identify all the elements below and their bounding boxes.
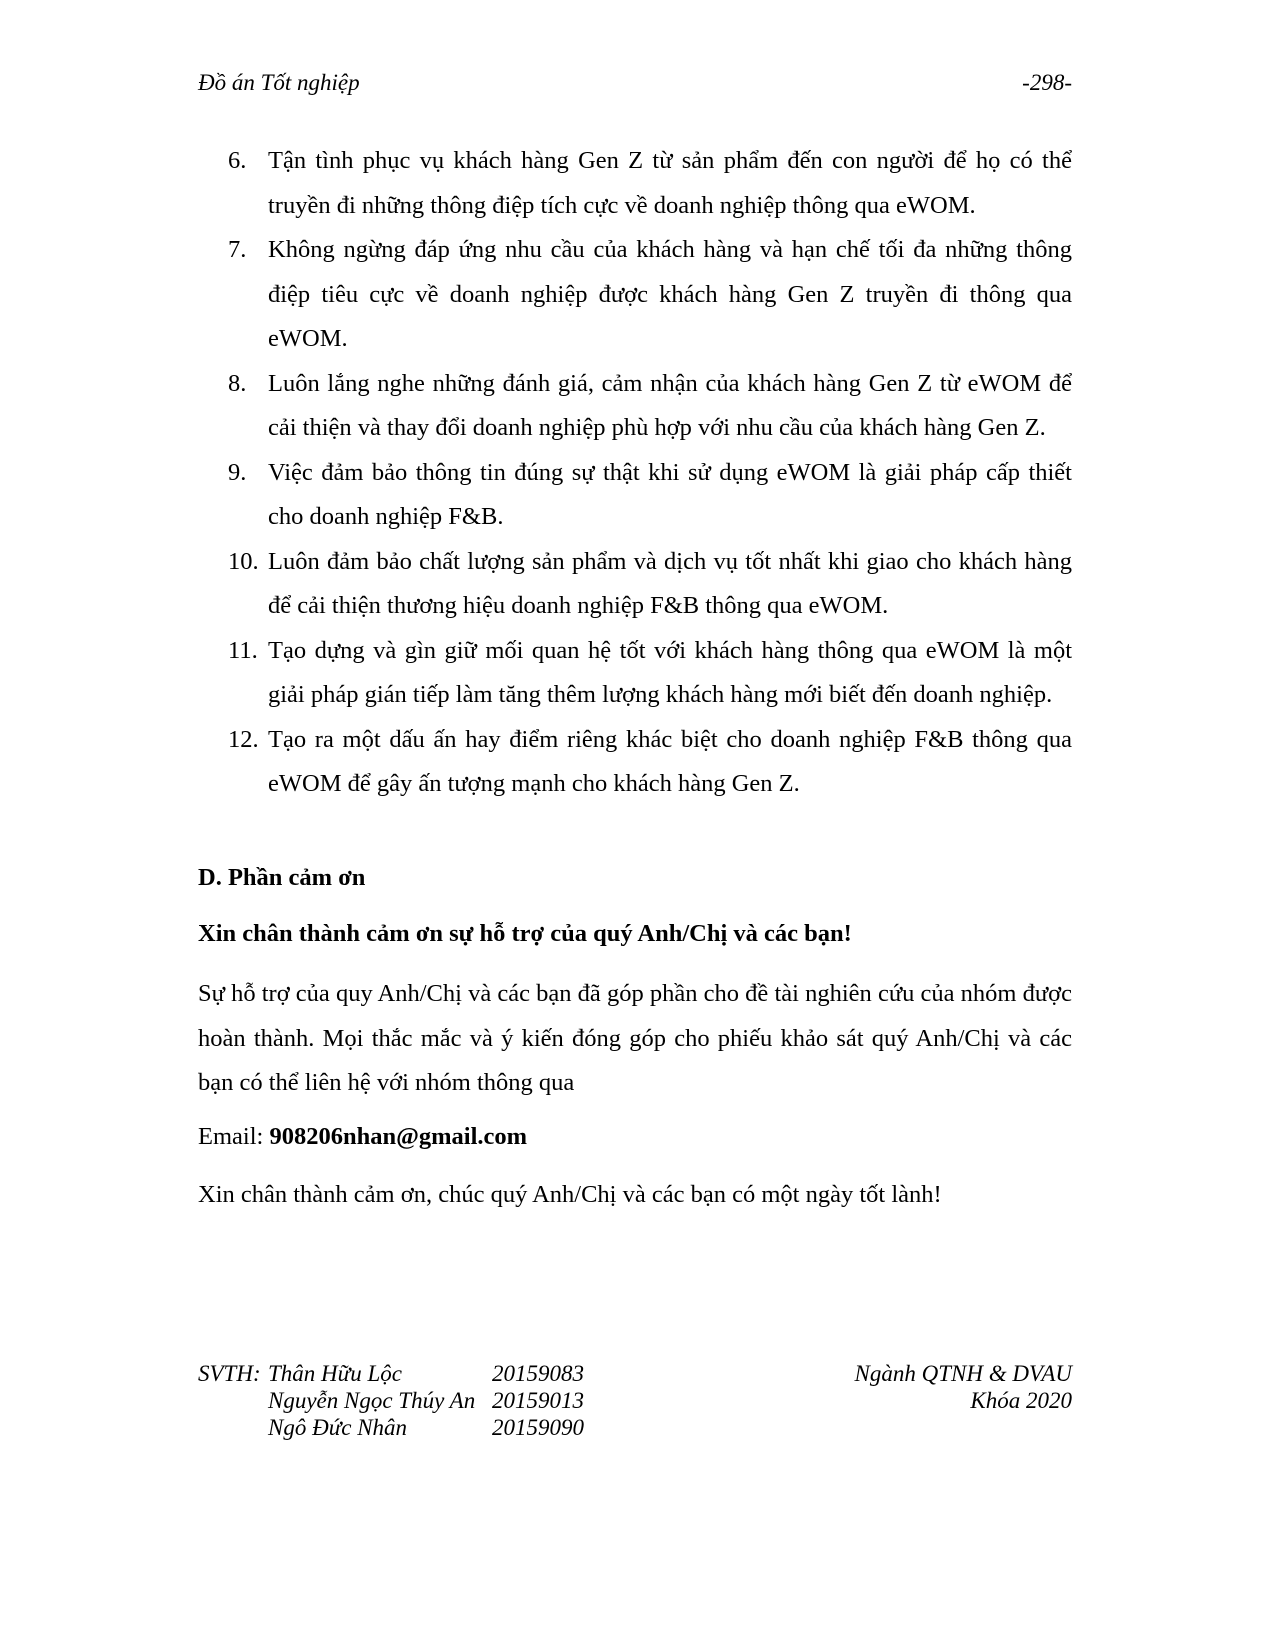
list-item-number: 9. [228,451,246,496]
student-id: 20159013 [492,1387,584,1414]
section-heading: D. Phần cảm ơn [198,858,1072,898]
thanks-paragraph: Sự hỗ trợ của quy Anh/Chị và các bạn đã … [198,972,1072,1106]
list-item-text: Tận tình phục vụ khách hàng Gen Z từ sản… [268,147,1072,219]
list-item-number: 8. [228,362,246,407]
cohort: Khóa 2020 [855,1387,1072,1414]
list-item-number: 11. [228,629,258,674]
list-item-number: 10. [228,540,259,585]
student-name: Nguyễn Ngọc Thúy An [268,1387,475,1414]
list-item: 6. Tận tình phục vụ khách hàng Gen Z từ … [228,139,1072,228]
list-item: 8. Luôn lắng nghe những đánh giá, cảm nh… [228,362,1072,451]
list-item: 12. Tạo ra một dấu ấn hay điểm riêng khá… [228,718,1072,807]
thanks-heading: Xin chân thành cảm ơn sự hỗ trợ của quý … [198,914,1072,954]
email-address[interactable]: 908206nhan@gmail.com [269,1123,527,1150]
list-item: 10. Luôn đảm bảo chất lượng sản phẩm và … [228,540,1072,629]
student-name: Thân Hữu Lộc [268,1360,475,1387]
student-id: 20159090 [492,1414,584,1441]
student-name: Ngô Đức Nhân [268,1414,475,1441]
list-item-text: Tạo ra một dấu ấn hay điểm riêng khác bi… [268,726,1072,798]
student-id: 20159083 [492,1360,584,1387]
page-footer: SVTH: Thân Hữu Lộc Nguyễn Ngọc Thúy An N… [198,1360,1072,1450]
list-item: 11. Tạo dựng và gìn giữ mối quan hệ tốt … [228,629,1072,718]
list-item: 7. Không ngừng đáp ứng nhu cầu của khách… [228,228,1072,362]
closing-line: Xin chân thành cảm ơn, chúc quý Anh/Chị … [198,1175,1072,1215]
list-item-text: Luôn lắng nghe những đánh giá, cảm nhận … [268,370,1072,442]
list-item-text: Tạo dựng và gìn giữ mối quan hệ tốt với … [268,637,1072,709]
document-title: Đồ án Tốt nghiệp [198,70,360,96]
major: Ngành QTNH & DVAU [855,1360,1072,1387]
email-line: Email: 908206nhan@gmail.com [198,1117,1072,1157]
svth-label: SVTH: [198,1360,261,1387]
list-item-text: Luôn đảm bảo chất lượng sản phẩm và dịch… [268,548,1072,620]
list-item-text: Việc đảm bảo thông tin đúng sự thật khi … [268,459,1072,531]
list-item-number: 12. [228,718,259,763]
page-header: Đồ án Tốt nghiệp -298- [198,70,1072,102]
student-ids: 20159083 20159013 20159090 [492,1360,584,1441]
email-label: Email: [198,1123,269,1150]
page-number: -298- [1022,70,1072,96]
student-names: Thân Hữu Lộc Nguyễn Ngọc Thúy An Ngô Đức… [268,1360,475,1441]
program-info: Ngành QTNH & DVAU Khóa 2020 [855,1360,1072,1414]
list-item-text: Không ngừng đáp ứng nhu cầu của khách hà… [268,236,1072,352]
solutions-list: 6. Tận tình phục vụ khách hàng Gen Z từ … [228,139,1072,807]
list-item-number: 7. [228,228,246,273]
list-item-number: 6. [228,139,246,184]
document-page: Đồ án Tốt nghiệp -298- 6. Tận tình phục … [0,0,1275,1650]
list-item: 9. Việc đảm bảo thông tin đúng sự thật k… [228,451,1072,540]
